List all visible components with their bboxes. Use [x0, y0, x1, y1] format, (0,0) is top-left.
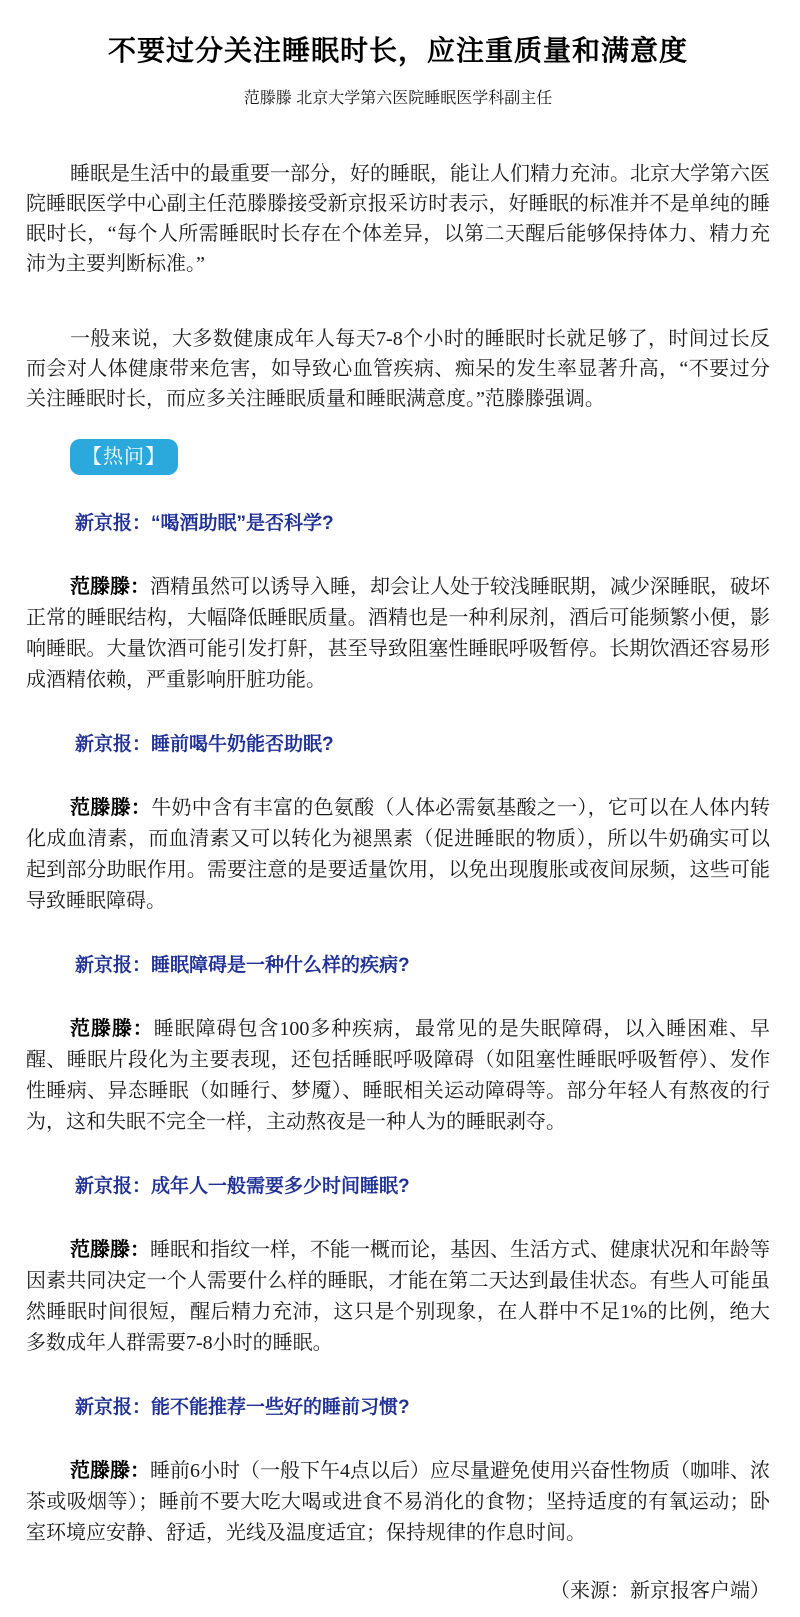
question-bedtime-habits: 新京报：能不能推荐一些好的睡前习惯? — [75, 1395, 770, 1421]
answer-sleep-disorder: 范滕滕：睡眠障碍包含100多种疾病，最常见的是失眠障碍，以入睡困难、早醒、睡眠片… — [26, 1014, 770, 1138]
answer-speaker: 范滕滕： — [70, 576, 150, 598]
answer-alcohol-sleep: 范滕滕：酒精虽然可以诱导入睡，却会让人处于较浅睡眠期，减少深睡眠，破坏正常的睡眠… — [26, 572, 770, 696]
qa-item: 新京报：睡前喝牛奶能否助眠? 范滕滕：牛奶中含有丰富的色氨酸（人体必需氨基酸之一… — [26, 732, 770, 917]
qa-item: 新京报：成年人一般需要多少时间睡眠? 范滕滕：睡眠和指纹一样，不能一概而论，基因… — [26, 1174, 770, 1359]
answer-speaker: 范滕滕： — [70, 1018, 154, 1040]
question-milk-sleep: 新京报：睡前喝牛奶能否助眠? — [75, 732, 770, 758]
intro-paragraph-2: 一般来说，大多数健康成年人每天7-8个小时的睡眠时长就足够了，时间过长反而会对人… — [26, 324, 770, 414]
intro-paragraph-1: 睡眠是生活中的最重要一部分，好的睡眠，能让人们精力充沛。北京大学第六医院睡眠医学… — [26, 159, 770, 279]
article-title: 不要过分关注睡眠时长，应注重质量和满意度 — [26, 33, 770, 69]
article-page: 不要过分关注睡眠时长，应注重质量和满意度 范滕滕 北京大学第六医院睡眠医学科副主… — [0, 0, 800, 1617]
qa-item: 新京报：能不能推荐一些好的睡前习惯? 范滕滕：睡前6小时（一般下午4点以后）应尽… — [26, 1395, 770, 1549]
answer-sleep-duration: 范滕滕：睡眠和指纹一样，不能一概而论，基因、生活方式、健康状况和年龄等因素共同决… — [26, 1235, 770, 1359]
question-alcohol-sleep: 新京报：“喝酒助眠”是否科学? — [75, 511, 770, 537]
question-sleep-duration: 新京报：成年人一般需要多少时间睡眠? — [75, 1174, 770, 1200]
answer-speaker: 范滕滕： — [70, 797, 151, 819]
hot-question-badge-row: 【热问】 — [70, 439, 770, 475]
answer-bedtime-habits: 范滕滕：睡前6小时（一般下午4点以后）应尽量避免使用兴奋性物质（咖啡、浓茶或吸烟… — [26, 1456, 770, 1549]
question-sleep-disorder: 新京报：睡眠障碍是一种什么样的疾病? — [75, 953, 770, 979]
answer-milk-sleep: 范滕滕：牛奶中含有丰富的色氨酸（人体必需氨基酸之一），它可以在人体内转化成血清素… — [26, 793, 770, 917]
source-attribution: （来源：新京报客户端） — [26, 1579, 770, 1603]
answer-speaker: 范滕滕： — [70, 1460, 150, 1482]
qa-item: 新京报：睡眠障碍是一种什么样的疾病? 范滕滕：睡眠障碍包含100多种疾病，最常见… — [26, 953, 770, 1138]
article-byline: 范滕滕 北京大学第六医院睡眠医学科副主任 — [26, 88, 770, 110]
answer-speaker: 范滕滕： — [70, 1239, 150, 1261]
qa-item: 新京报：“喝酒助眠”是否科学? 范滕滕：酒精虽然可以诱导入睡，却会让人处于较浅睡… — [26, 511, 770, 696]
hot-question-badge: 【热问】 — [70, 439, 178, 475]
